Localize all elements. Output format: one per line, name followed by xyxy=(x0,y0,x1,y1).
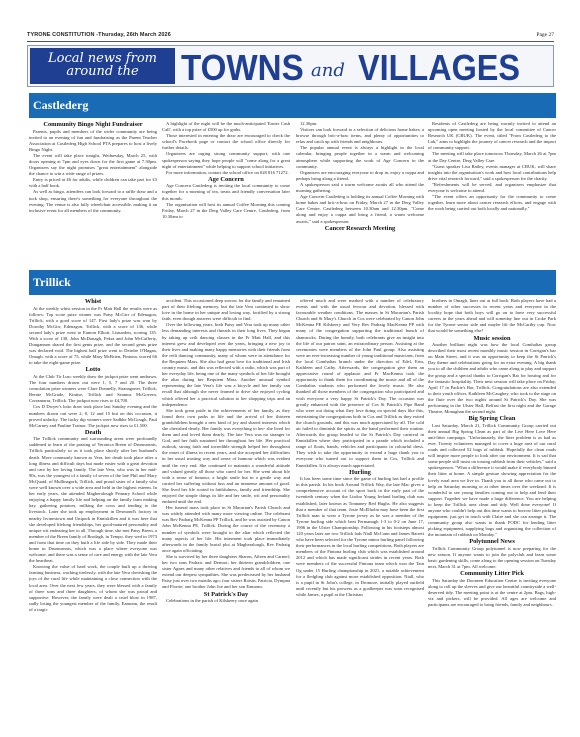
article-paragraph: At the Club Tír Lusc weekly draw the jac… xyxy=(29,374,157,404)
article-paragraph: At the weekly whist session in the Fr Ma… xyxy=(29,306,157,367)
article-paragraph: brothers in Omagh, lines out at full bac… xyxy=(428,298,556,335)
banner-villages: VILLAGES xyxy=(358,47,520,89)
castlederg-column-1: Community Bingo Night FundraiserParents,… xyxy=(29,121,157,266)
article-headline: St Patrick's Day xyxy=(162,591,290,599)
castlederg-column-4: Residents of Castlederg are being warmly… xyxy=(428,121,556,266)
article-paragraph: Visitors can look forward to a selection… xyxy=(296,127,424,145)
banner-towns: TOWNS xyxy=(181,47,304,89)
banner-and: and xyxy=(311,60,345,81)
section-header-castlederg: Castlederg xyxy=(29,93,556,118)
article-paragraph: "Guest speaker Lisa Bailey, events manag… xyxy=(428,164,556,182)
article-paragraph: accident. This occasioned deep sorrow fo… xyxy=(162,298,290,322)
publication-date-line: TYRONE CONSTITUTION -Thursday, 26th Marc… xyxy=(27,32,171,38)
article-headline: Polytunnel News xyxy=(428,538,556,546)
article-paragraph: The event will take place tonight, Wedne… xyxy=(29,153,157,177)
tagline-line-2: around the xyxy=(30,65,175,78)
article-paragraph: Entry is priced at £6 for adults, while … xyxy=(29,177,157,189)
article-paragraph: Organisers are encouraging everyone to d… xyxy=(296,170,424,182)
section-header-trillick: Trillick xyxy=(29,270,556,295)
article-headline: Age Concern xyxy=(162,176,290,184)
article-paragraph: Knowing the value of hard work, the coup… xyxy=(29,564,157,613)
article-paragraph: Celebrations in the parish of Kilskeery … xyxy=(162,598,290,604)
article-headline: Community Bingo Night Fundraiser xyxy=(29,121,157,129)
article-paragraph: "Refreshments will be served, and organi… xyxy=(428,182,556,194)
article-paragraph: A spokesperson said a warm welcome await… xyxy=(296,182,424,194)
article-paragraph: Last Saturday, March 21, Trillick Commun… xyxy=(428,423,556,539)
article-headline: Hurling xyxy=(296,469,424,477)
article-paragraph: She is survived by her three daughters S… xyxy=(162,554,290,591)
trillick-column-4: brothers in Omagh, lines out at full bac… xyxy=(428,298,556,692)
running-header: TYRONE CONSTITUTION -Thursday, 26th Marc… xyxy=(27,29,554,42)
article-paragraph: Another brilliant night was how the loca… xyxy=(428,342,556,415)
article-paragraph: Age Concern Castlederg is holding its an… xyxy=(296,194,424,224)
trillick-column-3: offered much and were marked with a numb… xyxy=(296,298,424,692)
article-paragraph: This Saturday the Dooneen Education Cent… xyxy=(428,578,556,608)
castlederg-column-3: 12.30pm.Visitors can look forward to a s… xyxy=(296,121,424,266)
article-paragraph: "The event offers an opportunity for the… xyxy=(428,194,556,212)
article-headline: Music session xyxy=(428,335,556,343)
article-paragraph: The organisation will host its annual Co… xyxy=(162,202,290,220)
article-paragraph: As well as bingo, attendees can look for… xyxy=(29,189,157,213)
article-paragraph: Organisers are urging strong community s… xyxy=(162,151,290,169)
article-headline: Death xyxy=(29,429,157,437)
article-headline: Community Litter Pick xyxy=(428,570,556,578)
towns-and-villages-banner: Local news from around the TOWNS and VIL… xyxy=(27,45,554,87)
trillick-column-1: WhistAt the weekly whist session in the … xyxy=(29,298,157,692)
article-paragraph: Those interested in entering the draw ar… xyxy=(162,133,290,151)
banner-tagline: Local news from around the xyxy=(30,48,175,84)
article-paragraph: Parents, pupils and members of the wider… xyxy=(29,129,157,153)
article-headline: Cancer Research Meeting xyxy=(296,225,424,233)
article-paragraph: Cos D Dwyer's lotto draw took place last… xyxy=(29,404,157,428)
article-paragraph: She took great pride in the achievements… xyxy=(162,408,290,506)
article-paragraph: The popular annual event is always a hig… xyxy=(296,145,424,169)
article-paragraph: The meeting will take place tomorrow Thu… xyxy=(428,151,556,163)
article-paragraph: Age Concern Castlederg is inviting the l… xyxy=(162,183,290,201)
article-paragraph: Trillick Community Group polytunnel is n… xyxy=(428,546,556,570)
article-paragraph: The Trillick community and surrounding a… xyxy=(29,436,157,564)
article-headline: Big Spring Clean xyxy=(428,415,556,423)
castlederg-column-2: A highlight of the night will be the muc… xyxy=(162,121,290,266)
article-paragraph: A highlight of the night will be the muc… xyxy=(162,121,290,133)
article-headline: Lotto xyxy=(29,366,157,374)
article-paragraph: Residents of Castlederg are being warmly… xyxy=(428,121,556,151)
article-paragraph: For more information, contact the school… xyxy=(162,170,290,176)
article-headline: Whist xyxy=(29,298,157,306)
article-paragraph: offered much and were marked with a numb… xyxy=(296,298,424,469)
article-paragraph: Over the following years, both Patsy and… xyxy=(162,322,290,407)
article-paragraph: Her funeral mass took place in St Macart… xyxy=(162,505,290,554)
trillick-column-2: accident. This occasioned deep sorrow fo… xyxy=(162,298,290,692)
page-number: Page 27 xyxy=(536,32,554,38)
article-paragraph: It has been some time since the game of … xyxy=(296,476,424,598)
